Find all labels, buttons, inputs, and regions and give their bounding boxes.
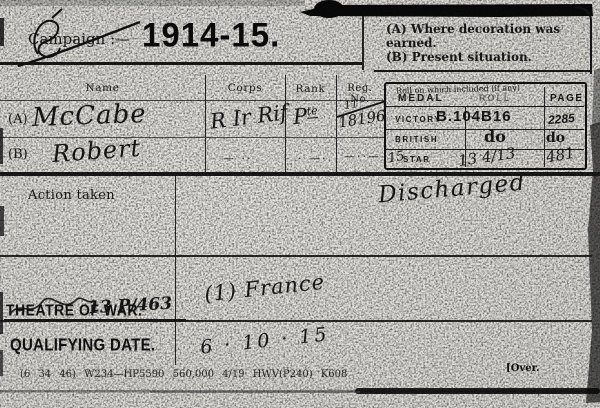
right-edge-band-upper (592, 68, 600, 126)
theatre-handwriting-scribble (10, 298, 94, 314)
bottom-scan-bar (355, 388, 600, 394)
campaign-tick-icon (52, 9, 62, 18)
right-edge-band (586, 122, 600, 403)
left-edge-mark (0, 206, 4, 236)
card-corner-line (575, 7, 591, 74)
left-edge-mark (0, 18, 4, 46)
bottom-scan-line-2 (150, 391, 360, 393)
campaign-scribble-icon (34, 21, 60, 57)
left-edge-mark (0, 128, 3, 164)
left-edge-mark (0, 350, 3, 376)
left-edge-mark (0, 292, 3, 334)
medal-index-card: Campaign :— 1914-15. (A) Where decoratio… (0, 0, 600, 408)
campaign-slash-icon (18, 22, 140, 66)
regno-fraction-slash (337, 101, 386, 117)
top-scan-blob (314, 0, 344, 18)
top-edge-speckle (0, 0, 305, 6)
scan-artifact-layer (0, 0, 600, 408)
top-scan-band (300, 4, 593, 17)
